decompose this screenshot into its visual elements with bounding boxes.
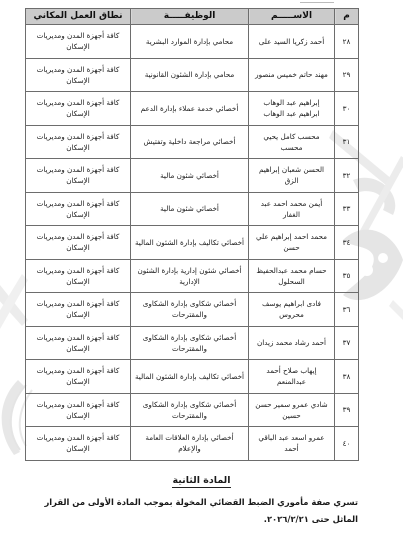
row-job: أخصائي شكاوى بإدارة الشكاوى والمقترحات — [131, 293, 249, 327]
row-job: أخصائي مراجعة داخلية وتفتيش — [131, 125, 249, 159]
column-header-job: الوظيفـــــة — [131, 9, 249, 25]
row-scope: كافة أجهزة المدن ومديريات الإسكان — [26, 393, 131, 427]
table-row: ٣٢ الحسن شعبان إبراهيم الزق أخصائي شئون … — [26, 159, 359, 193]
row-job: أخصائي شكاوى بإدارة الشكاوى والمقترحات — [131, 326, 249, 360]
row-number: ٣٤ — [335, 226, 359, 260]
row-scope: كافة أجهزة المدن ومديريات الإسكان — [26, 360, 131, 394]
row-number: ٣٣ — [335, 192, 359, 226]
row-scope: كافة أجهزة المدن ومديريات الإسكان — [26, 25, 131, 59]
row-scope: كافة أجهزة المدن ومديريات الإسكان — [26, 293, 131, 327]
row-name: شادي عمرو سمير حسن حسين — [249, 393, 335, 427]
table-row: ٣٠ إبراهيم عبد الوهاب ابراهيم عبد الوهاب… — [26, 92, 359, 126]
row-name: محمد احمد إبراهيم علي حسن — [249, 226, 335, 260]
row-job: أخصائي شئون إدارية بإدارة الشئون الإداري… — [131, 259, 249, 293]
row-job: محامي بإدارة الشئون القانونية — [131, 58, 249, 92]
table-row: ٣٧ أحمد رشاد محمد زيدان أخصائي شكاوى بإد… — [26, 326, 359, 360]
column-header-number: م — [335, 9, 359, 25]
staff-table: م الاســـــم الوظيفـــــة نطاق العمل الم… — [25, 8, 359, 461]
row-name: مهند حاتم خميس منصور — [249, 58, 335, 92]
column-header-name: الاســـــم — [249, 9, 335, 25]
row-name: إيهاب صلاح أحمد عبدالمنعم — [249, 360, 335, 394]
table-row: ٣٤ محمد احمد إبراهيم علي حسن أخصائي تكال… — [26, 226, 359, 260]
table-row: ٣٣ أيمن محمد احمد عبد الغفار أخصائي شئون… — [26, 192, 359, 226]
row-scope: كافة أجهزة المدن ومديريات الإسكان — [26, 259, 131, 293]
row-number: ٣٩ — [335, 393, 359, 427]
row-name: إبراهيم عبد الوهاب ابراهيم عبد الوهاب — [249, 92, 335, 126]
row-scope: كافة أجهزة المدن ومديريات الإسكان — [26, 192, 131, 226]
row-job: أخصائي تكاليف بإدارة الشئون المالية — [131, 226, 249, 260]
row-scope: كافة أجهزة المدن ومديريات الإسكان — [26, 58, 131, 92]
table-row: ٣٨ إيهاب صلاح أحمد عبدالمنعم أخصائي تكال… — [26, 360, 359, 394]
table-row: ٣١ محسب كامل يحيي محسب أخصائي مراجعة داخ… — [26, 125, 359, 159]
article-paragraph: تسري صفة مأموري الضبط القضائي المخولة بم… — [33, 494, 358, 528]
row-number: ٢٩ — [335, 58, 359, 92]
row-scope: كافة أجهزة المدن ومديريات الإسكان — [26, 159, 131, 193]
row-name: أيمن محمد احمد عبد الغفار — [249, 192, 335, 226]
row-scope: كافة أجهزة المدن ومديريات الإسكان — [26, 92, 131, 126]
row-number: ٣٢ — [335, 159, 359, 193]
row-scope: كافة أجهزة المدن ومديريات الإسكان — [26, 427, 131, 461]
article-heading-text: المادة الثانية — [172, 475, 230, 488]
row-number: ٣٦ — [335, 293, 359, 327]
top-stamp-line — [300, 2, 334, 5]
row-number: ٣٠ — [335, 92, 359, 126]
row-name: محسب كامل يحيي محسب — [249, 125, 335, 159]
table-header-row: م الاســـــم الوظيفـــــة نطاق العمل الم… — [26, 9, 359, 25]
row-name: فادى ابراهيم يوسف محروس — [249, 293, 335, 327]
table-row: ٣٥ حسام محمد عبدالحفيظ السحلول أخصائي شئ… — [26, 259, 359, 293]
row-number: ٣١ — [335, 125, 359, 159]
row-job: أخصائي شكاوى بإدارة الشكاوى والمقترحات — [131, 393, 249, 427]
column-header-scope: نطاق العمل المكاني — [26, 9, 131, 25]
table-row: ٣٦ فادى ابراهيم يوسف محروس أخصائي شكاوى … — [26, 293, 359, 327]
row-name: الحسن شعبان إبراهيم الزق — [249, 159, 335, 193]
row-name: عمرو اسعد عبد الباقي أحمد — [249, 427, 335, 461]
table-row: ٤٠ عمرو اسعد عبد الباقي أحمد أخصائي بإدا… — [26, 427, 359, 461]
row-name: أحمد زكريا السيد على — [249, 25, 335, 59]
row-number: ٣٥ — [335, 259, 359, 293]
row-name: حسام محمد عبدالحفيظ السحلول — [249, 259, 335, 293]
row-job: أخصائي خدمة عملاء بإدارة الدعم — [131, 92, 249, 126]
row-job: محامي بإدارة الموارد البشرية — [131, 25, 249, 59]
table-row: ٣٩ شادي عمرو سمير حسن حسين أخصائي شكاوى … — [26, 393, 359, 427]
row-name: أحمد رشاد محمد زيدان — [249, 326, 335, 360]
article-heading: المادة الثانية — [0, 475, 403, 486]
row-number: ٤٠ — [335, 427, 359, 461]
row-scope: كافة أجهزة المدن ومديريات الإسكان — [26, 326, 131, 360]
row-job: أخصائي بإدارة العلاقات العامة والإعلام — [131, 427, 249, 461]
row-scope: كافة أجهزة المدن ومديريات الإسكان — [26, 226, 131, 260]
row-number: ٣٧ — [335, 326, 359, 360]
row-job: أخصائي شئون مالية — [131, 159, 249, 193]
row-scope: كافة أجهزة المدن ومديريات الإسكان — [26, 125, 131, 159]
row-number: ٣٨ — [335, 360, 359, 394]
row-job: أخصائي تكاليف بإدارة الشئون المالية — [131, 360, 249, 394]
table-row: ٢٨ أحمد زكريا السيد على محامي بإدارة الم… — [26, 25, 359, 59]
table-row: ٢٩ مهند حاتم خميس منصور محامي بإدارة الش… — [26, 58, 359, 92]
row-number: ٢٨ — [335, 25, 359, 59]
row-job: أخصائي شئون مالية — [131, 192, 249, 226]
